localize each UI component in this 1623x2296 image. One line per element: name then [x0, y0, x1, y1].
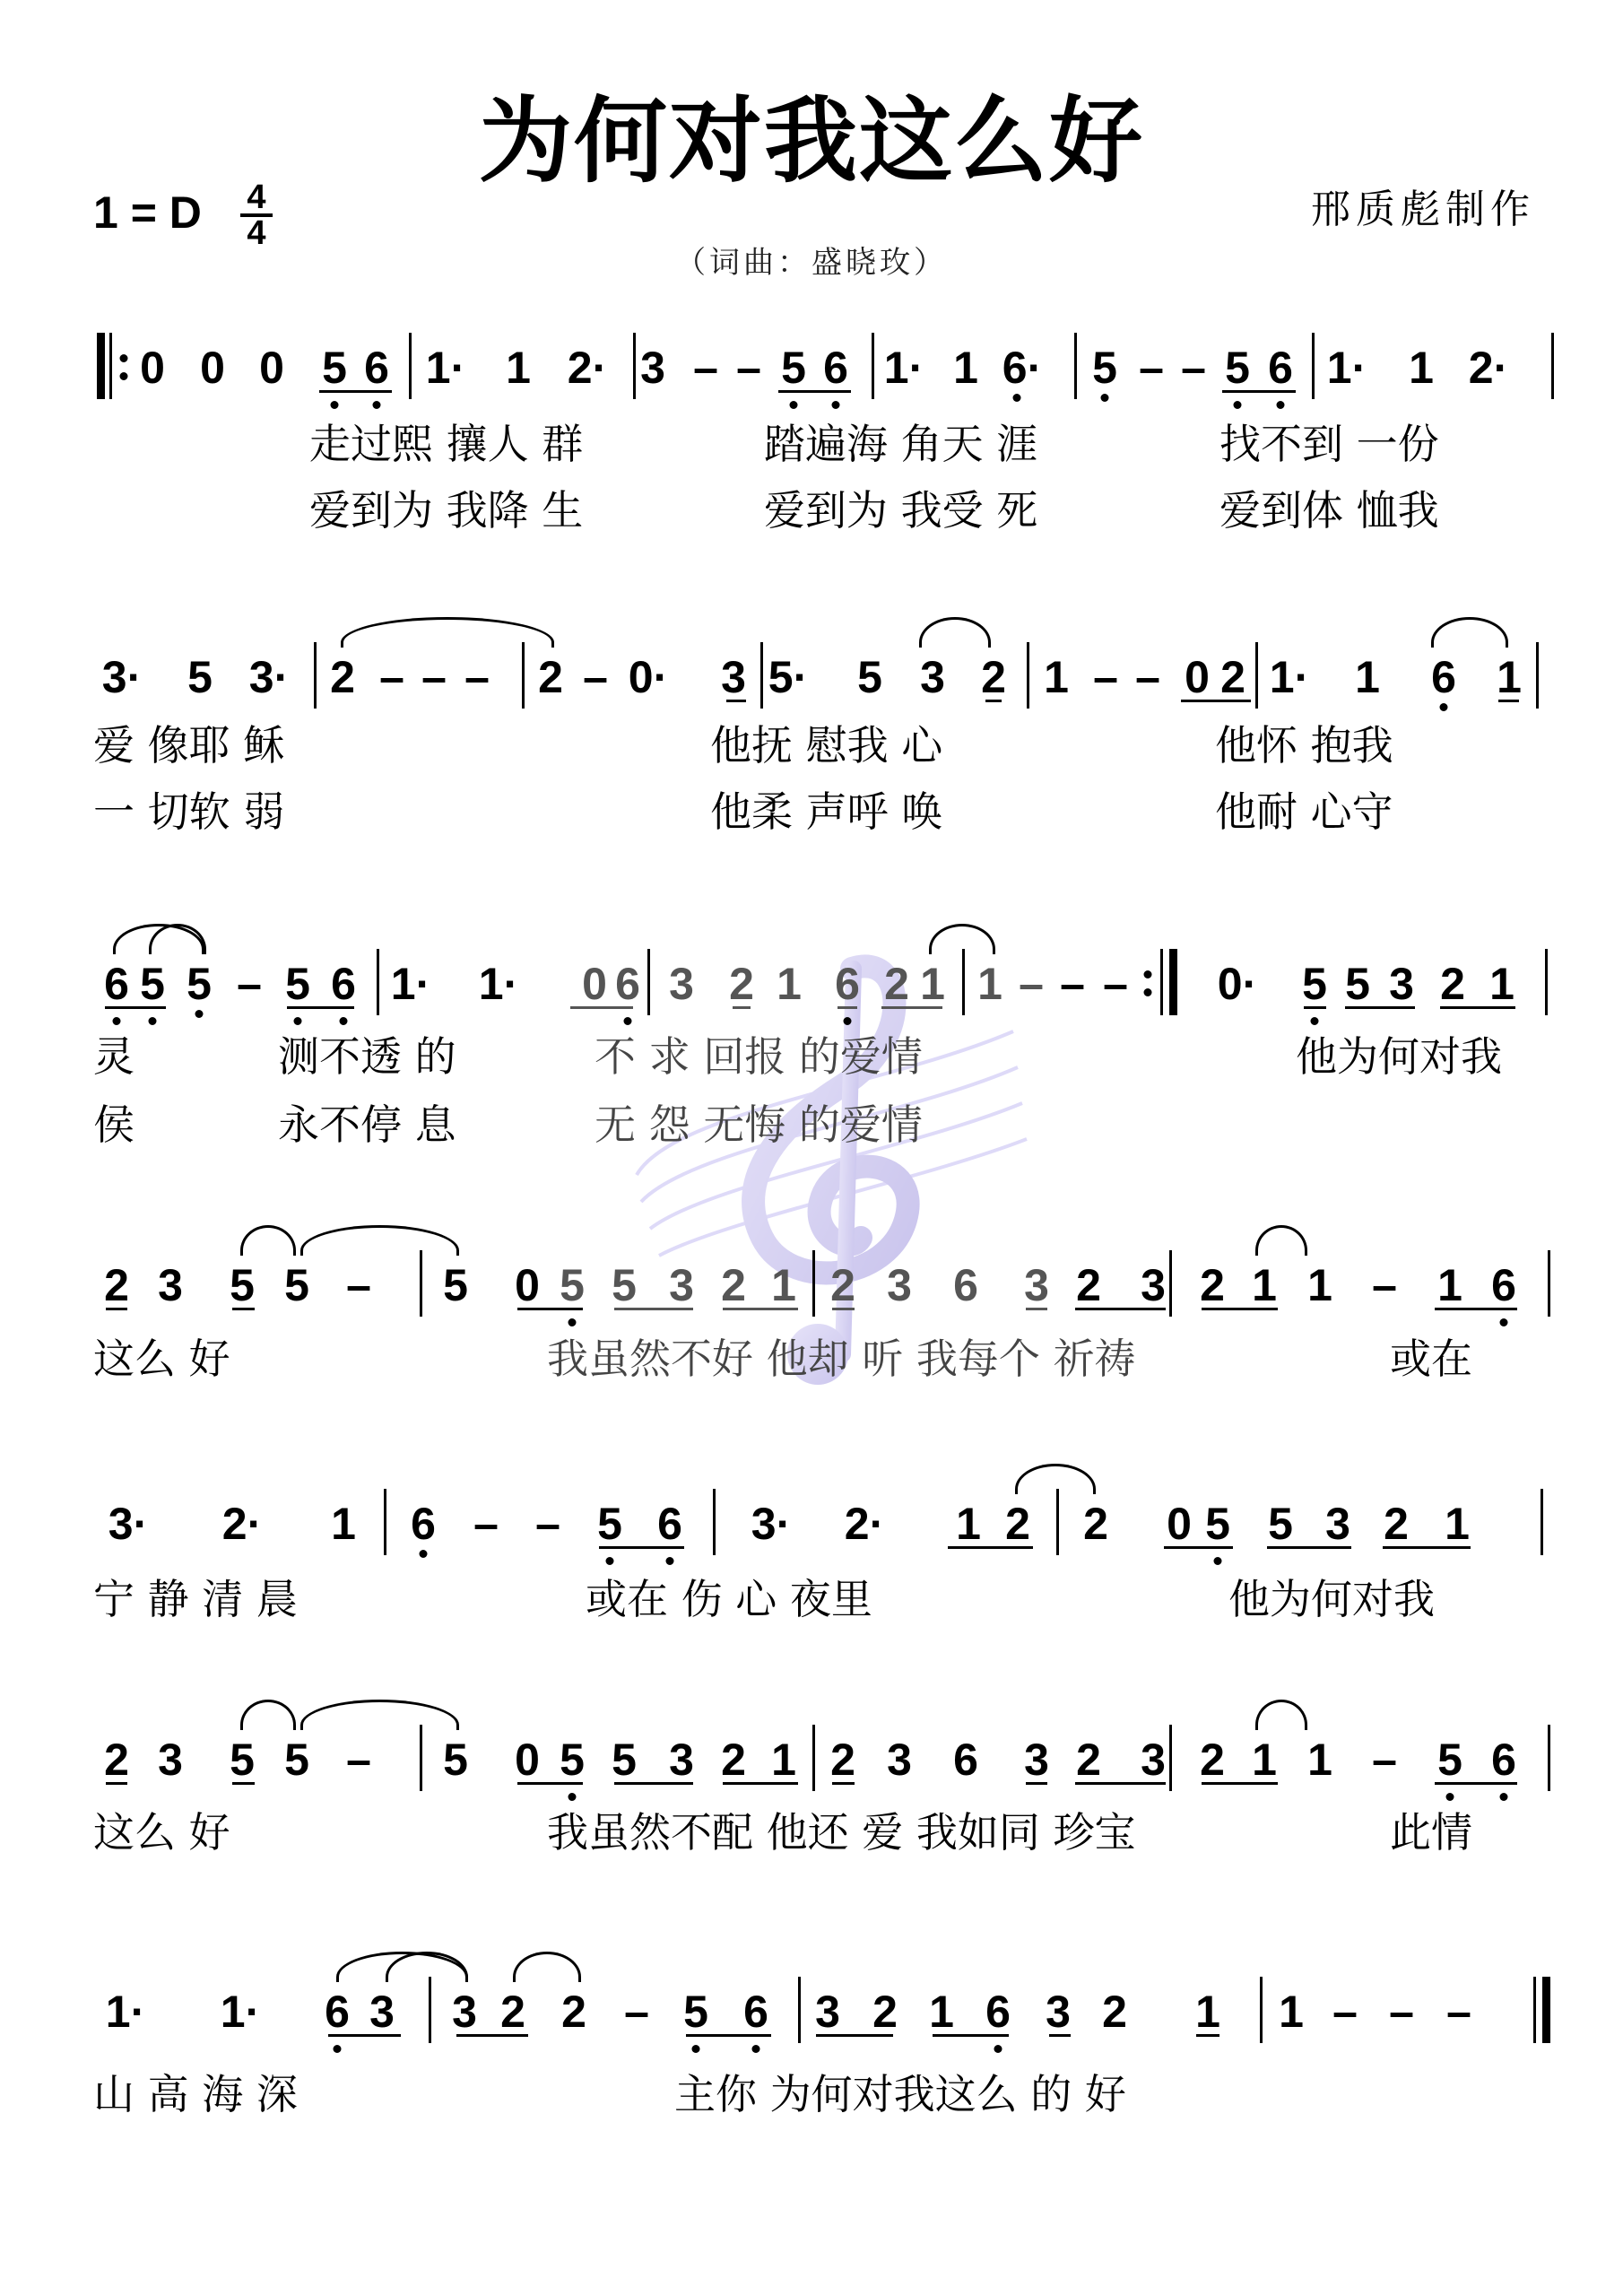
note: 5 [1437, 1737, 1462, 1782]
beam-underline [105, 1006, 166, 1009]
slur-tie [341, 617, 554, 648]
note: 2 [1440, 961, 1465, 1006]
note: 5 [612, 1737, 637, 1782]
note: 6 [1491, 1263, 1516, 1308]
note: 6 [364, 345, 389, 390]
slur-tie [300, 1700, 459, 1730]
note: 2 [1005, 1501, 1030, 1546]
barline [1536, 642, 1539, 709]
note: 6 [985, 1989, 1011, 2034]
note: 3 [1046, 1989, 1071, 2034]
octave-dot [1311, 1017, 1319, 1025]
note: – [535, 1501, 560, 1546]
note: – [1135, 655, 1160, 700]
note: 6 [1431, 655, 1456, 700]
note: 2 [981, 655, 1006, 700]
octave-dot [340, 1017, 348, 1025]
note: 1· [1270, 655, 1309, 700]
octave-dot [624, 1017, 632, 1025]
note: 5 [1205, 1501, 1230, 1546]
beam-underline [106, 1308, 127, 1310]
note: 2 [729, 961, 754, 1006]
note: 1 [1307, 1263, 1332, 1308]
note: 5 [284, 1263, 309, 1308]
note: 6 [657, 1501, 682, 1546]
lyric-line: 我虽然不配 他还 爱 我如同 珍宝 [547, 1812, 1136, 1853]
note: 2 [1076, 1737, 1101, 1782]
beam-underline [1267, 1546, 1351, 1549]
beam-underline [723, 1782, 798, 1785]
note: – [1446, 1989, 1471, 2034]
note: – [237, 961, 262, 1006]
lyric-line: 爱到为 我降 生 [309, 490, 583, 531]
repeat-start-thick [97, 333, 105, 399]
barline [812, 1725, 815, 1791]
note: 5 [560, 1737, 585, 1782]
barline [760, 642, 763, 709]
octave-dot [1013, 394, 1021, 402]
beam-underline [106, 1782, 127, 1785]
note: 2 [1102, 1989, 1127, 2034]
note: 1 [771, 1263, 796, 1308]
note: 5 [1225, 345, 1250, 390]
repeat-dot [120, 372, 128, 380]
note: 1 [1195, 1989, 1220, 2034]
note: 1· [479, 961, 518, 1006]
note: 3 [158, 1737, 183, 1782]
beam-underline [456, 2034, 528, 2037]
octave-dot [994, 2045, 1002, 2053]
lyric-line: 爱到为 我受 死 [764, 490, 1037, 531]
note: 3 [1024, 1263, 1049, 1308]
beam-underline [1222, 390, 1296, 393]
note: 1 [1252, 1263, 1277, 1308]
barline [1548, 1725, 1550, 1791]
beam-underline [723, 1308, 798, 1310]
beam-underline [1304, 1006, 1326, 1009]
composer-credit: （词曲：盛晓玫） [0, 248, 1623, 278]
note: 3 [640, 345, 665, 390]
octave-dot [373, 401, 381, 409]
beam-underline [881, 1006, 942, 1009]
note: 5 [560, 1263, 585, 1308]
slur-tie [919, 617, 991, 648]
note: 1 [1445, 1501, 1470, 1546]
octave-dot [1101, 394, 1109, 402]
note: 3 [887, 1263, 912, 1308]
note: 5 [443, 1737, 468, 1782]
note: 2 [561, 1989, 586, 2034]
note: 5 [781, 345, 806, 390]
note: 1 [1437, 1263, 1462, 1308]
note: 6 [104, 961, 129, 1006]
slur-tie [1255, 1225, 1307, 1256]
beam-underline [1049, 2034, 1071, 2037]
beam-underline [1435, 1782, 1517, 1785]
barline [812, 1250, 815, 1317]
note: 2 [1200, 1263, 1225, 1308]
beam-underline [614, 1782, 693, 1785]
note: 2 [1200, 1737, 1225, 1782]
note: 0 [200, 345, 225, 390]
time-signature-bottom: 4 [247, 214, 265, 252]
note: 1 [777, 961, 802, 1006]
note: 3 [669, 1263, 694, 1308]
note: 6· [1002, 345, 1042, 390]
beam-underline [1026, 1782, 1047, 1785]
note: 3 [158, 1263, 183, 1308]
octave-dot [666, 1557, 674, 1565]
note: 1 [331, 1501, 356, 1546]
beam-underline [517, 1782, 583, 1785]
barline [1541, 1489, 1543, 1555]
note: 6 [953, 1263, 978, 1308]
note: 1 [977, 961, 1002, 1006]
author-credit: 邢质彪制作 [1311, 190, 1535, 230]
repeat-end-thin [1160, 949, 1163, 1015]
octave-dot [692, 2045, 700, 2053]
note: 1 [1409, 345, 1434, 390]
note: 2 [104, 1737, 129, 1782]
octave-dot [113, 1017, 121, 1025]
note: 6 [615, 961, 640, 1006]
barline [647, 949, 650, 1015]
lyric-line: 此情 [1390, 1812, 1472, 1853]
octave-dot [334, 2045, 342, 2053]
barline [1169, 1725, 1172, 1791]
note: 6 [953, 1737, 978, 1782]
octave-dot [420, 1550, 428, 1558]
note: – [583, 655, 608, 700]
note: 2· [845, 1501, 884, 1546]
note: – [421, 655, 447, 700]
note: 5 [1268, 1501, 1293, 1546]
note: 5 [322, 345, 347, 390]
octave-dot [568, 1318, 577, 1326]
note: 5 [612, 1263, 637, 1308]
note: 1 [953, 345, 978, 390]
octave-dot [1234, 401, 1242, 409]
beam-underline [319, 390, 392, 393]
octave-dot [1440, 703, 1448, 711]
lyric-line: 爱 像耶 稣 [93, 725, 284, 766]
note: – [1093, 655, 1118, 700]
note: 1 [920, 961, 945, 1006]
barline [409, 333, 412, 399]
beam-underline [232, 1308, 255, 1310]
lyric-line: 测不透 的 [278, 1036, 456, 1077]
beam-underline [686, 2034, 771, 2037]
note: 2 [1083, 1501, 1108, 1546]
note: 2 [830, 1737, 855, 1782]
repeat-dot [1144, 988, 1152, 996]
octave-dot [1214, 1557, 1222, 1565]
note: – [473, 1501, 499, 1546]
beam-underline [1435, 1308, 1517, 1310]
note: 1· [391, 961, 430, 1006]
barline [1545, 949, 1548, 1015]
beam-underline [832, 1782, 855, 1785]
note: 0 [1167, 1501, 1192, 1546]
note: 2 [538, 655, 563, 700]
octave-dot [1446, 1793, 1454, 1801]
note: 2· [1469, 345, 1508, 390]
note: 2 [1076, 1263, 1101, 1308]
lyric-line: 找不到 一份 [1219, 423, 1439, 465]
note: – [464, 655, 490, 700]
lyric-line: 灵 [93, 1036, 135, 1077]
note: 6 [1268, 345, 1293, 390]
lyric-line: 他为何对我 [1228, 1578, 1435, 1620]
octave-dot [294, 1017, 302, 1025]
octave-dot [1277, 401, 1285, 409]
note: – [1103, 961, 1128, 1006]
beam-underline [1345, 1006, 1415, 1009]
beam-underline [1164, 1546, 1233, 1549]
note: – [1060, 961, 1085, 1006]
beam-underline [1383, 1546, 1471, 1549]
barline [1312, 333, 1315, 399]
lyric-line: 一 切软 弱 [93, 791, 284, 832]
beam-underline [328, 2034, 401, 2037]
repeat-dot [1144, 970, 1152, 978]
note: 2 [872, 1989, 898, 2034]
note: 3· [751, 1501, 791, 1546]
lyric-line: 这么 好 [93, 1338, 230, 1379]
beam-underline [816, 2034, 893, 2037]
barline [872, 333, 874, 399]
lyric-line: 主你 为何对我这么 的 好 [674, 2074, 1126, 2115]
beam-underline [726, 700, 746, 702]
octave-dot [195, 1010, 204, 1018]
note: 6 [823, 345, 848, 390]
note: 3 [1141, 1737, 1166, 1782]
note: 5 [140, 961, 165, 1006]
note: 3 [887, 1737, 912, 1782]
beam-underline [1196, 2034, 1219, 2037]
lyric-line: 宁 静 清 晨 [93, 1578, 298, 1620]
note: – [346, 1737, 371, 1782]
beam-underline [778, 390, 851, 393]
barline [1027, 642, 1029, 709]
note: 1 [929, 1989, 954, 2034]
note: 1· [1327, 345, 1367, 390]
barline [633, 333, 636, 399]
note: 5 [230, 1737, 255, 1782]
barline [1056, 1489, 1059, 1555]
note: 2 [830, 1263, 855, 1308]
barline [314, 642, 317, 709]
beam-underline [232, 1782, 255, 1785]
lyric-line: 他抚 慰我 心 [710, 725, 942, 766]
note: – [1372, 1263, 1397, 1308]
slur-tie [1015, 1464, 1096, 1494]
note: 3 [1389, 961, 1414, 1006]
beam-underline [985, 700, 1002, 702]
note: 6 [411, 1501, 436, 1546]
key-signature: 1 = D [93, 190, 202, 235]
beam-underline [1440, 1006, 1515, 1009]
lyric-line: 这么 好 [93, 1812, 230, 1853]
note: 3 [1325, 1501, 1350, 1546]
repeat-start-thin [109, 333, 112, 399]
note: 0 [1185, 655, 1210, 700]
octave-dot [790, 401, 798, 409]
lyric-line: 爱到体 恤我 [1219, 490, 1439, 531]
note: 5 [187, 655, 213, 700]
note: 5· [768, 655, 808, 700]
note: 5 [284, 1737, 309, 1782]
note: 1 [771, 1737, 796, 1782]
lyric-line: 不 求 回报 的爱情 [595, 1036, 923, 1077]
barline [1551, 333, 1554, 399]
beam-underline [1498, 700, 1519, 702]
barline [420, 1250, 422, 1317]
beam-underline [570, 1006, 633, 1009]
lyric-line: 山 高 海 深 [93, 2074, 298, 2115]
octave-dot [149, 1017, 157, 1025]
lyric-line: 踏遍海 角天 涯 [764, 423, 1037, 465]
note: 2· [222, 1501, 262, 1546]
note: 1· [426, 345, 465, 390]
lyric-line: 他怀 抱我 [1215, 725, 1393, 766]
lyric-line: 走过熙 攘人 群 [309, 423, 583, 465]
note: 5 [230, 1263, 255, 1308]
slur-tie [929, 924, 995, 954]
note: 2 [721, 1263, 746, 1308]
lyric-line: 我虽然不好 他却 听 我每个 祈祷 [547, 1338, 1136, 1379]
note: 3· [249, 655, 289, 700]
note: 2 [721, 1737, 746, 1782]
note: – [1332, 1989, 1358, 2034]
octave-dot [568, 1793, 577, 1801]
note: 1 [1279, 1989, 1304, 2034]
beam-underline [832, 1308, 855, 1310]
note: 3· [102, 655, 142, 700]
note: 0 [515, 1737, 540, 1782]
note: – [1019, 961, 1044, 1006]
note: 1 [1489, 961, 1515, 1006]
time-signature: 4 4 [240, 179, 273, 251]
slur-tie [300, 1225, 459, 1256]
note: 1 [1355, 655, 1380, 700]
note: – [379, 655, 404, 700]
note: 1· [106, 1989, 145, 2034]
barline [1548, 1250, 1550, 1317]
beam-underline [1026, 1308, 1047, 1310]
note: 2 [330, 655, 355, 700]
note: 5 [1092, 345, 1117, 390]
note: 6 [325, 1989, 350, 2034]
lyric-line: 或在 [1390, 1338, 1472, 1379]
final-barline-thick [1542, 1977, 1550, 2043]
barline [1260, 1977, 1263, 2043]
lyric-line: 他柔 声呼 唤 [710, 791, 942, 832]
barline [798, 1977, 801, 2043]
note: 5 [597, 1501, 622, 1546]
note: 3· [108, 1501, 148, 1546]
octave-dot [844, 1017, 852, 1025]
note: 0· [629, 655, 668, 700]
barline [420, 1725, 422, 1791]
barline [377, 949, 379, 1015]
lyric-line: 永不停 息 [278, 1104, 456, 1145]
time-signature-top: 4 [247, 178, 265, 216]
note: 3 [369, 1989, 395, 2034]
beam-underline [599, 1546, 684, 1549]
beam-underline [1202, 1308, 1278, 1310]
note: 5 [1302, 961, 1327, 1006]
note: 1 [1252, 1737, 1277, 1782]
note: 6 [331, 961, 356, 1006]
note: 5 [683, 1989, 708, 2034]
note: – [1139, 345, 1164, 390]
beam-underline [287, 1006, 354, 1009]
beam-underline [517, 1308, 583, 1310]
slur-tie [240, 1700, 296, 1730]
note: 5 [857, 655, 882, 700]
note: 0 [140, 345, 165, 390]
note: – [1389, 1989, 1414, 2034]
repeat-dot [120, 354, 128, 362]
note: 5 [1345, 961, 1370, 1006]
barline [384, 1489, 386, 1555]
note: 2 [500, 1989, 525, 2034]
barline [1169, 1250, 1172, 1317]
slur-tie [240, 1225, 296, 1256]
octave-dot [1500, 1793, 1508, 1801]
barline [713, 1489, 716, 1555]
note: 3 [721, 655, 746, 700]
beam-underline [733, 1006, 751, 1009]
note: 1 [1497, 655, 1522, 700]
slur-tie [1431, 617, 1508, 648]
lyric-line: 侯 [93, 1104, 135, 1145]
barline [1255, 642, 1258, 709]
note: 3 [669, 1737, 694, 1782]
note: 0 [582, 961, 607, 1006]
note: 5 [443, 1263, 468, 1308]
beam-underline [614, 1308, 693, 1310]
note: 2 [1384, 1501, 1409, 1546]
note: – [693, 345, 718, 390]
note: – [1181, 345, 1206, 390]
beam-underline [1075, 1782, 1166, 1785]
lyric-line: 无 怨 无悔 的爱情 [595, 1104, 923, 1145]
note: – [346, 1263, 371, 1308]
note: 0· [1218, 961, 1257, 1006]
beam-underline [933, 2034, 1009, 2037]
octave-dot [606, 1557, 614, 1565]
note: 3 [669, 961, 694, 1006]
barline [522, 642, 525, 709]
slur-tie [513, 1952, 581, 1982]
note: 1· [884, 345, 924, 390]
lyric-line: 他耐 心守 [1215, 791, 1393, 832]
note: 3 [815, 1989, 840, 2034]
note: 6 [835, 961, 860, 1006]
note: 3 [452, 1989, 477, 2034]
octave-dot [331, 401, 339, 409]
note: 0 [515, 1263, 540, 1308]
note: 2· [568, 345, 607, 390]
note: 1 [956, 1501, 981, 1546]
note: 6 [1491, 1737, 1516, 1782]
note: 3 [1024, 1737, 1049, 1782]
barline [962, 949, 965, 1015]
repeat-end-thick [1169, 949, 1177, 1015]
note: 1 [506, 345, 531, 390]
